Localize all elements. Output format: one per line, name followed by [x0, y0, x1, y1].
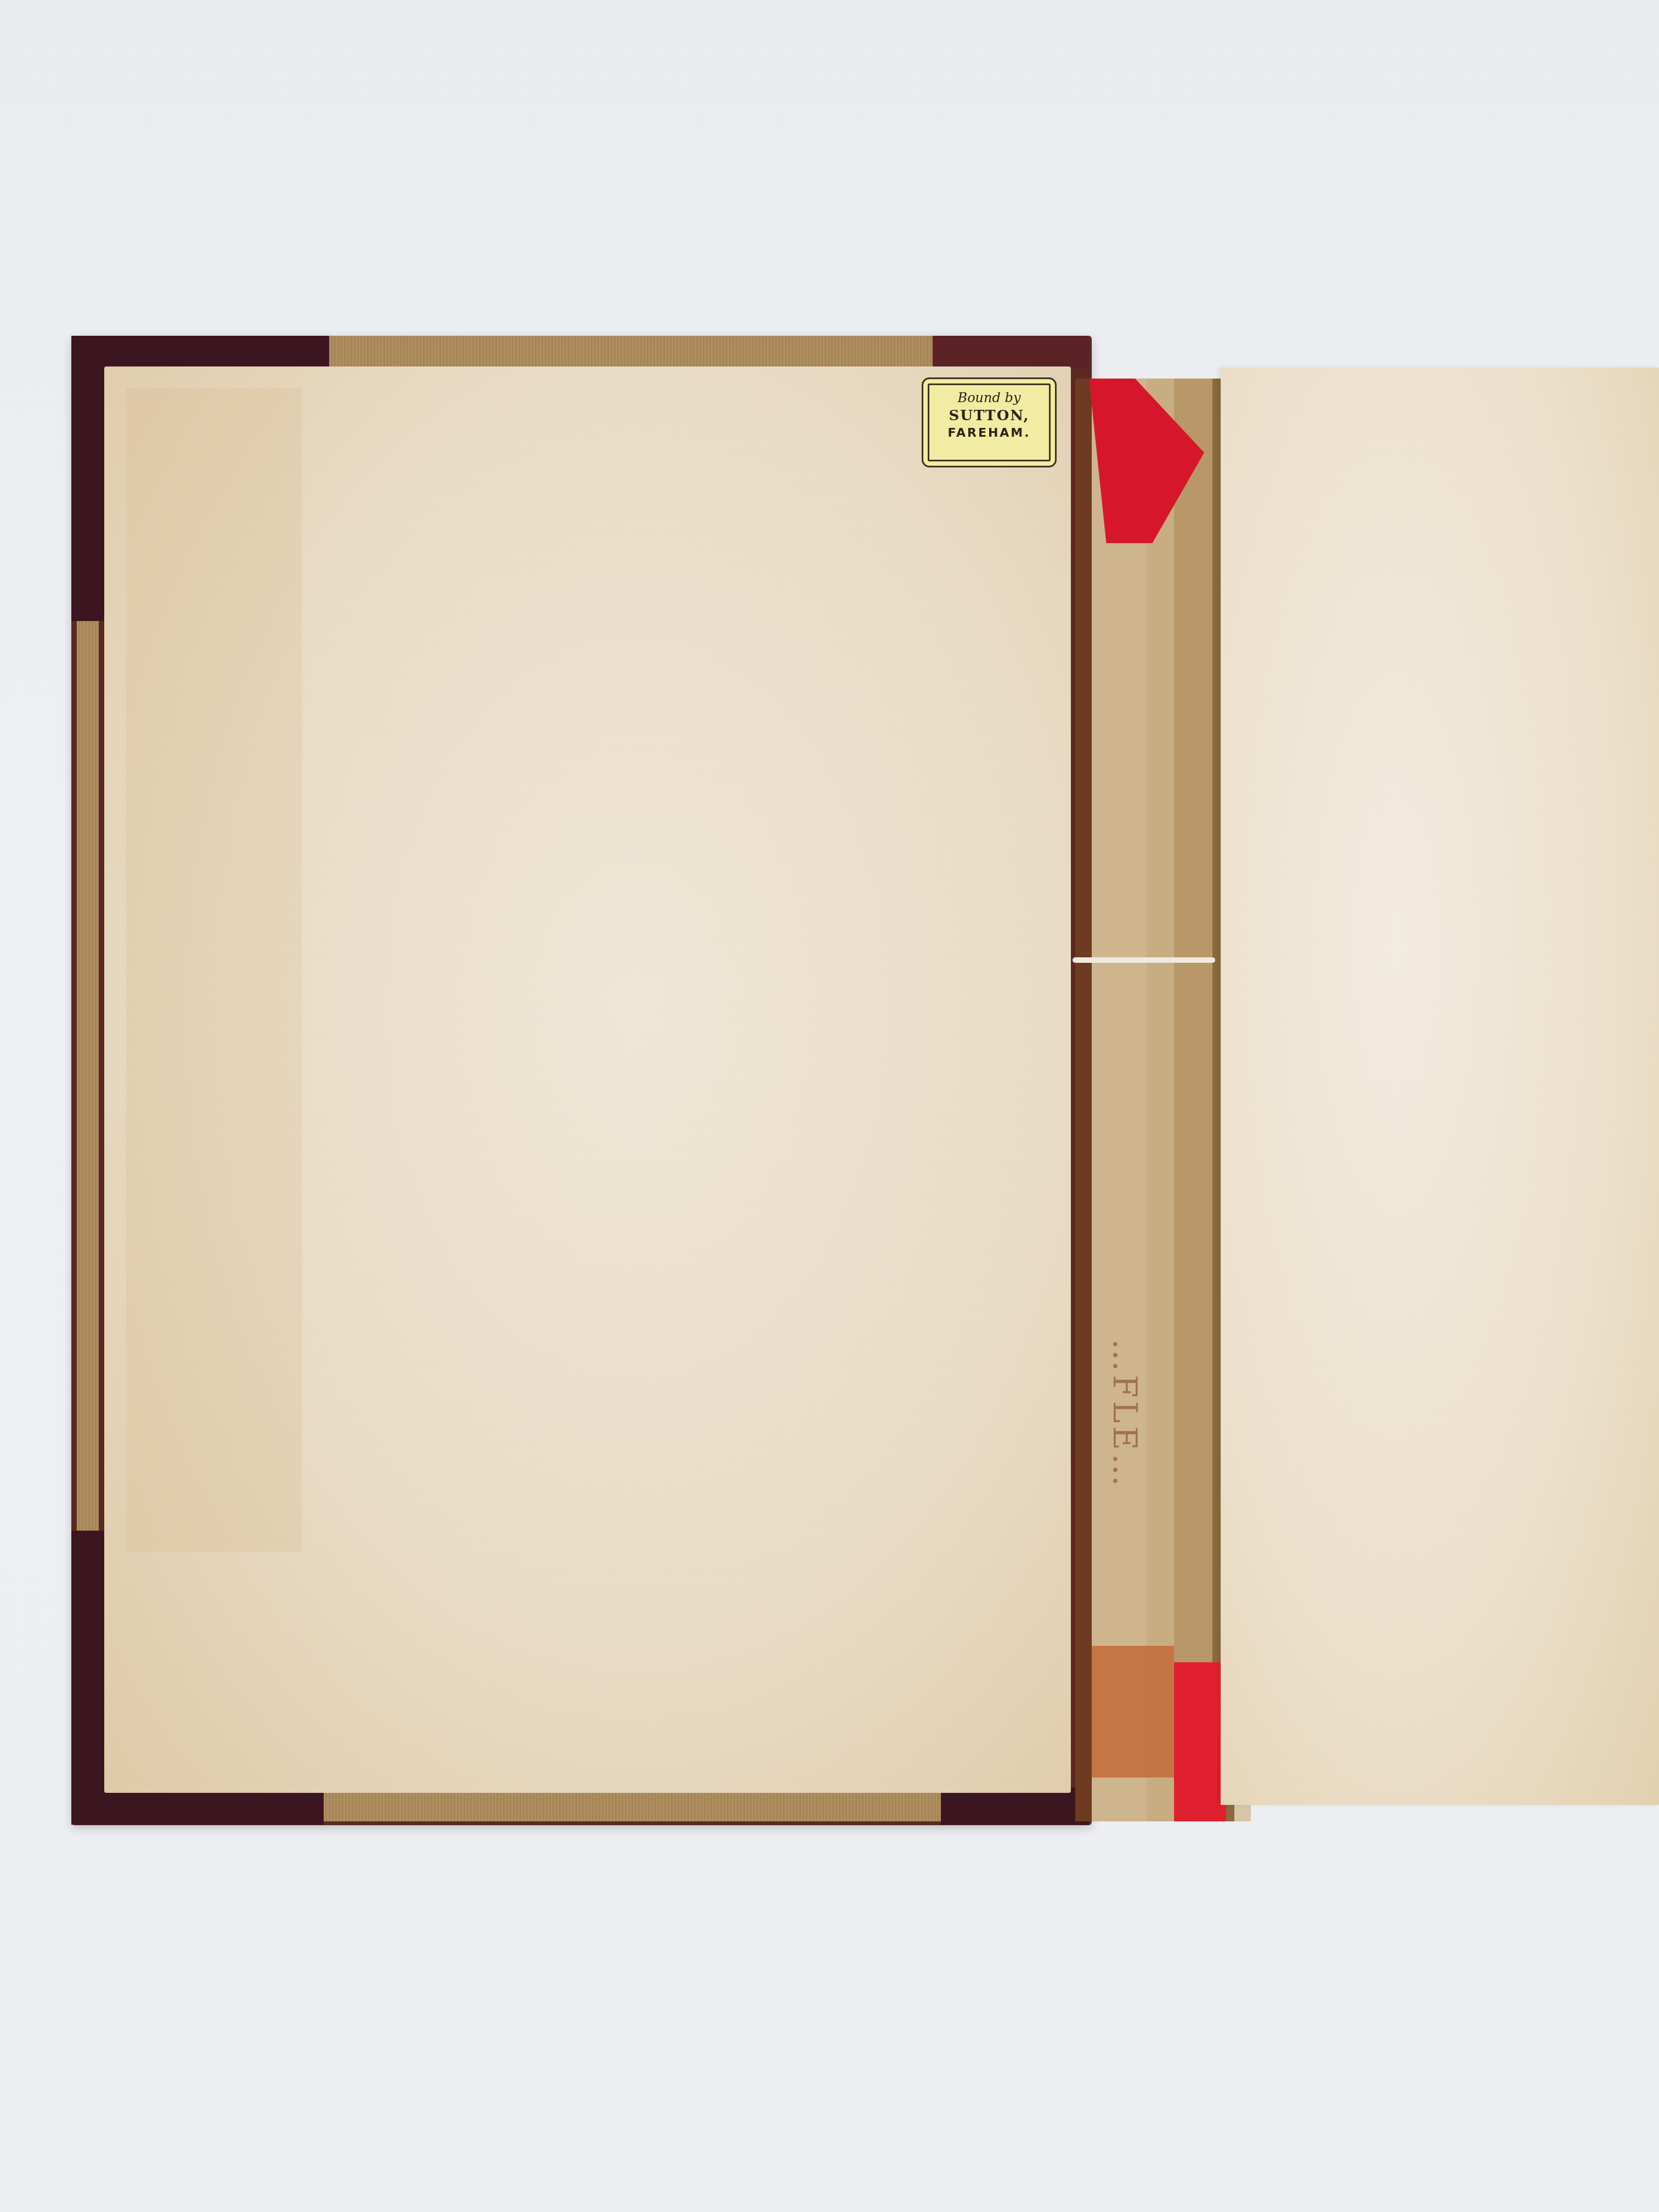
- leather-corner-top-left: [71, 336, 329, 369]
- ticket-line-2: SUTTON,: [923, 408, 1055, 424]
- leather-corner-top-left-edge: [71, 336, 104, 621]
- ticket-line-3: FAREHAM.: [923, 426, 1055, 440]
- binder-ticket: Bound by SUTTON, FAREHAM.: [922, 377, 1057, 467]
- flyleaf-page: [1221, 368, 1659, 1805]
- spine-lining-bottom: [1092, 1646, 1174, 1778]
- leather-turn-in-bottom-right: [941, 1787, 1089, 1825]
- pastedown-endpaper: [104, 366, 1071, 1793]
- cloth-side-top: [329, 336, 933, 369]
- cloth-side-left: [77, 614, 99, 1536]
- red-headband-bottom: [1174, 1662, 1226, 1821]
- sewing-thread: [1073, 957, 1215, 963]
- leather-turn-in-top-right: [933, 336, 1089, 369]
- spine-lining-text: …FLE…: [1078, 1339, 1144, 1558]
- ticket-line-1: Bound by: [923, 390, 1055, 405]
